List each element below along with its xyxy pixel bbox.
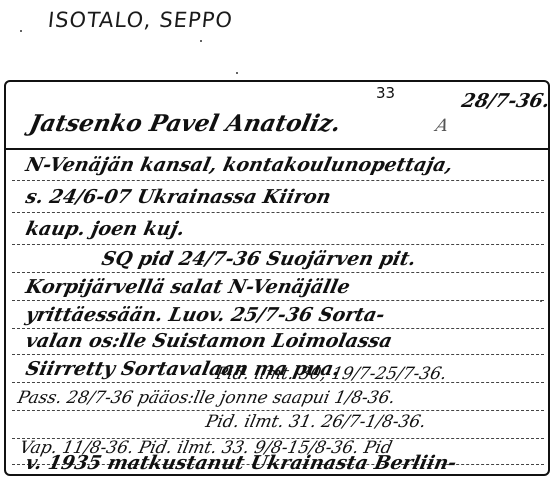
card-line: yrittäessään. Luov. 25/7-36 Sorta-: [24, 304, 387, 326]
rule-line: [12, 180, 544, 181]
card-line: Pid. ilmt. 30, 19/7-25/7-36.: [214, 364, 449, 384]
card-line: Pass. 28/7-36 pääos:lle jonne saapui 1/8…: [16, 388, 397, 408]
rule-line: [12, 300, 544, 301]
scan-speck: [540, 300, 542, 302]
rule-line: [12, 244, 544, 245]
rule-line: [12, 272, 544, 273]
card-line: N-Venäjän kansal, kontakoulunopettaja,: [24, 154, 455, 176]
scan-speck: [20, 30, 22, 32]
card-line: Korpijärvellä salat N-Venäjälle: [24, 276, 352, 298]
header-annotation: ISOTALO, SEPPO: [47, 8, 234, 32]
date-top-right: 28/7-36.: [460, 90, 552, 112]
card-number: 33: [376, 84, 395, 102]
initial-mark: A: [434, 116, 451, 136]
rule-line: [12, 410, 544, 411]
card-line: v. 1935 matkustanut Ukrainasta Berliin-: [24, 452, 459, 474]
card-line: valan os:lle Suistamon Loimolassa: [24, 330, 395, 352]
rule-line: [12, 354, 544, 355]
rule-line: [12, 328, 544, 329]
card-line: SQ pid 24/7-36 Suojärven pit.: [100, 248, 418, 270]
card-name: Jatsenko Pavel Anatoliz.: [27, 110, 343, 137]
rule-line: [12, 212, 544, 213]
card-line: kaup. joen kuj.: [24, 218, 187, 240]
card-line: Pid. ilmt. 31. 26/7-1/8-36.: [204, 412, 428, 432]
title-divider: [6, 148, 548, 150]
index-card: 33 28/7-36. A Jatsenko Pavel Anatoliz. N…: [4, 80, 550, 476]
scan-speck: [236, 72, 238, 74]
card-line: s. 24/6-07 Ukrainassa Kiiron: [24, 186, 333, 208]
scan-speck: [200, 40, 202, 42]
